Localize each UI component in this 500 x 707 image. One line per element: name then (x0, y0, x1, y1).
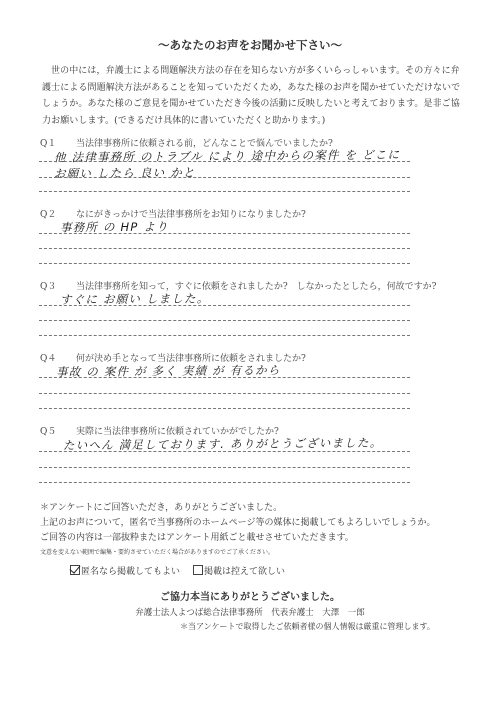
consent-label: 匿名なら掲載してもよい (81, 567, 180, 577)
answer-line (39, 248, 410, 249)
answer-line (39, 191, 410, 192)
answer-line (39, 467, 410, 468)
answer-line (39, 393, 410, 394)
checkbox-unchecked-icon[interactable] (193, 565, 203, 575)
firm-signature: 弁護士法人よつば総合法律事務所 代表弁護士 大澤 一郎 (0, 606, 500, 618)
consent-label: 掲載は控えて欲しい (204, 567, 285, 577)
question-number: Q３ (40, 279, 56, 292)
answer-line (39, 320, 410, 321)
answer-line (39, 408, 410, 409)
consent-option-anonymous[interactable]: 匿名なら掲載してもよい (70, 564, 180, 577)
question-number: Q５ (40, 424, 56, 437)
answer-line (39, 451, 410, 452)
answer-line (39, 482, 410, 483)
question-number: Q１ (40, 136, 56, 149)
closing-thanks: ご協力本当にありがとうございました。 (0, 588, 500, 603)
question-number: Q４ (40, 351, 56, 364)
publish-detail: ご回答の内容は一部抜粋またはアンケート用紙ごと載せさせていただきます。 (40, 530, 354, 543)
answer-line (39, 335, 410, 336)
privacy-note: ＊当アンケートで取得したご依頼者様の個人情報は厳重に管理します。 (180, 621, 435, 632)
publish-question: 上記のお声について，匿名で当事務所のホームページ等の媒体に掲載してもよろしいでし… (40, 515, 435, 528)
survey-thanks-note: ＊アンケートにご回答いただき，ありがとうございました。 (40, 500, 282, 513)
consent-option-decline[interactable]: 掲載は控えて欲しい (193, 564, 285, 577)
intro-paragraph: 世の中には，弁護士による問題解決方法の存在を知らない方が多くいらっしゃいます。そ… (42, 63, 462, 129)
handwritten-answer: 他 法律事務所 のトラブル により 途中からの案件 を どこに (54, 146, 400, 165)
answer-line (39, 377, 410, 378)
answer-line (39, 161, 410, 162)
answer-line (39, 177, 410, 178)
edit-notice: 文意を変えない範囲で編集・要約させていただく場合がありますのでご了承ください。 (40, 547, 274, 556)
answer-line (39, 233, 410, 234)
question-number: Q２ (40, 207, 56, 220)
answer-line (39, 305, 410, 306)
checkbox-checked-icon[interactable] (70, 565, 80, 575)
handwritten-answer: お願い したら 良い かと (54, 164, 196, 181)
page-title: 〜あなたのお声をお聞かせ下さい〜 (0, 37, 500, 53)
answer-line (39, 263, 410, 264)
